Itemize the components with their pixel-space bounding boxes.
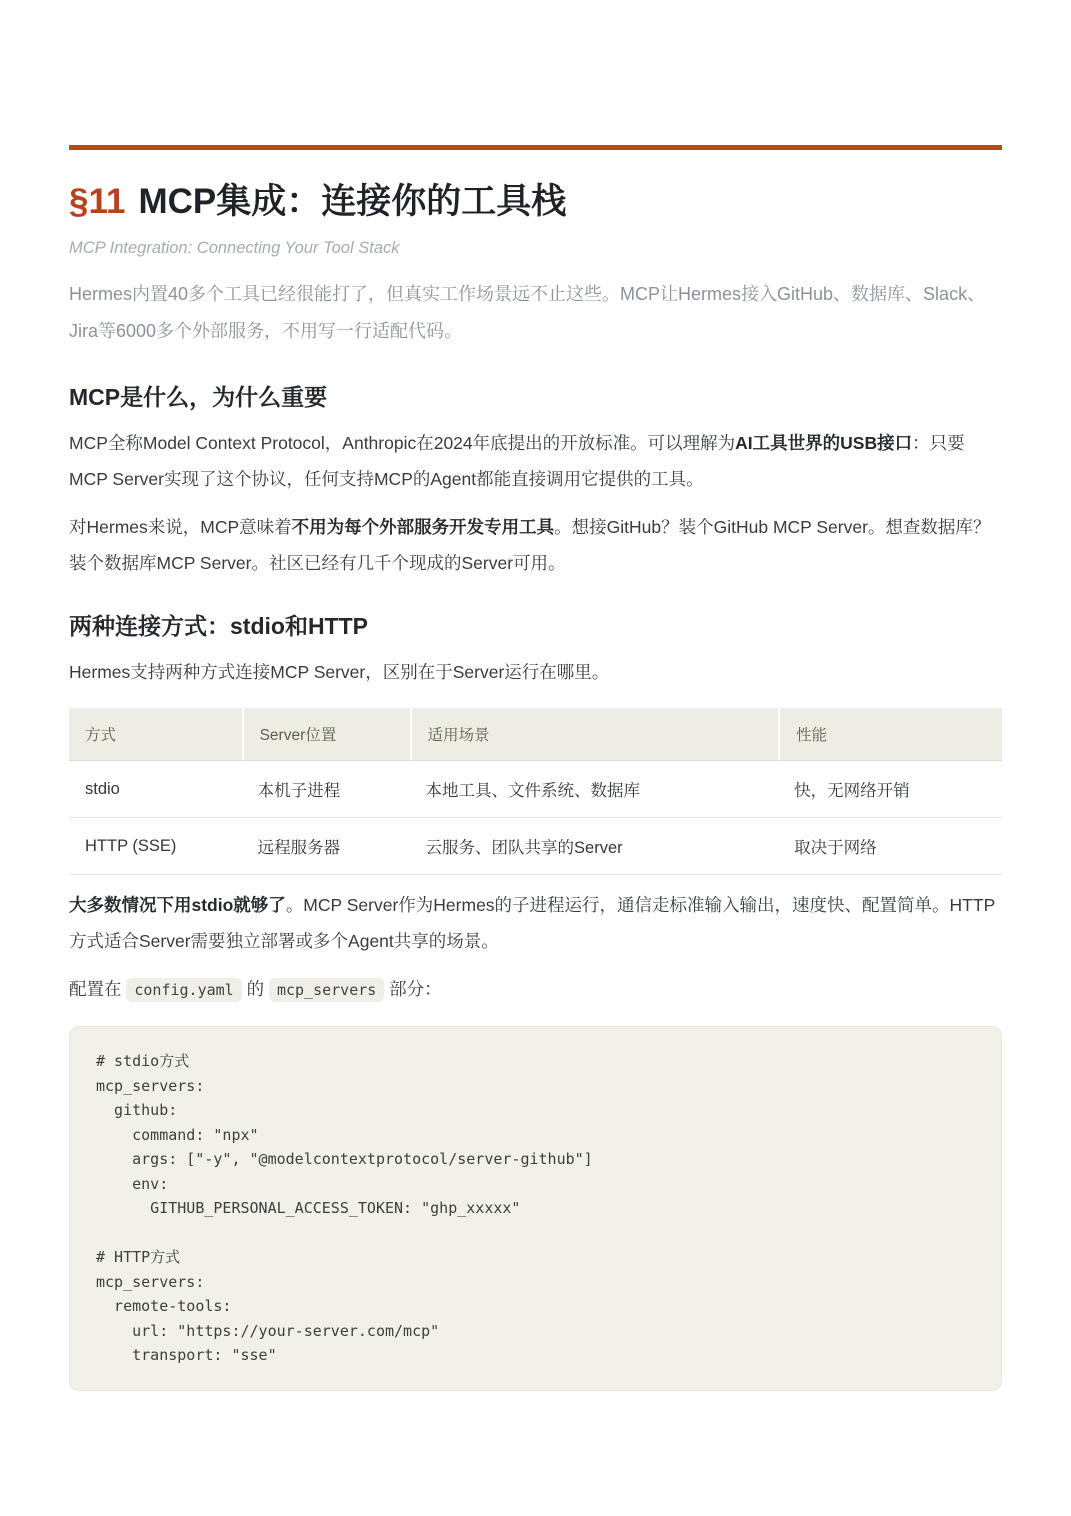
table-header-cell: 方式 bbox=[69, 708, 242, 761]
text-run: 部分： bbox=[384, 979, 441, 999]
table-cell: 远程服务器 bbox=[242, 818, 410, 875]
table-cell: stdio bbox=[69, 761, 242, 818]
table-cell: 云服务、团队共享的Server bbox=[410, 818, 779, 875]
paragraph-mcp-meaning: 对Hermes来说，MCP意味着不用为每个外部服务开发专用工具。想接GitHub… bbox=[69, 509, 1002, 581]
table-header-cell: Server位置 bbox=[242, 708, 410, 761]
yaml-code-block: # stdio方式 mcp_servers: github: command: … bbox=[69, 1026, 1002, 1391]
top-divider-rule bbox=[69, 145, 1002, 150]
table-cell: HTTP (SSE) bbox=[69, 818, 242, 875]
page-subtitle: MCP Integration: Connecting Your Tool St… bbox=[69, 236, 1002, 260]
table-cell: 本地工具、文件系统、数据库 bbox=[410, 761, 779, 818]
inline-code: mcp_servers bbox=[269, 978, 384, 1002]
table-row: HTTP (SSE)远程服务器云服务、团队共享的Server取决于网络 bbox=[69, 818, 1002, 875]
paragraph-stdio-recommendation: 大多数情况下用stdio就够了。MCP Server作为Hermes的子进程运行… bbox=[69, 887, 1002, 959]
intro-paragraph: Hermes内置40多个工具已经很能打了，但真实工作场景远不止这些。MCP让He… bbox=[69, 276, 1002, 350]
bold-text-run: AI工具世界的USB接口 bbox=[735, 433, 912, 453]
table-header-cell: 适用场景 bbox=[410, 708, 779, 761]
paragraph-connection-intro: Hermes支持两种方式连接MCP Server，区别在于Server运行在哪里… bbox=[69, 654, 1002, 690]
page-title: §11MCP集成：连接你的工具栈 bbox=[69, 180, 1002, 224]
comparison-table: 方式Server位置适用场景性能 stdio本机子进程本地工具、文件系统、数据库… bbox=[69, 708, 1002, 875]
table-cell: 快，无网络开销 bbox=[778, 761, 1002, 818]
inline-code: config.yaml bbox=[126, 978, 241, 1002]
section-number: §11 bbox=[69, 182, 125, 221]
text-run: 配置在 bbox=[69, 979, 126, 999]
table-cell: 本机子进程 bbox=[242, 761, 410, 818]
heading-connection-modes: 两种连接方式：stdio和HTTP bbox=[69, 611, 1002, 642]
text-run: 对Hermes来说，MCP意味着 bbox=[69, 517, 292, 537]
yaml-code-content: # stdio方式 mcp_servers: github: command: … bbox=[96, 1049, 975, 1368]
paragraph-config-location: 配置在 config.yaml 的 mcp_servers 部分： bbox=[69, 971, 1002, 1008]
table-row: stdio本机子进程本地工具、文件系统、数据库快，无网络开销 bbox=[69, 761, 1002, 818]
comparison-table-header: 方式Server位置适用场景性能 bbox=[69, 708, 1002, 761]
table-header-cell: 性能 bbox=[778, 708, 1002, 761]
text-run: 的 bbox=[242, 979, 269, 999]
document-page: §11MCP集成：连接你的工具栈 MCP Integration: Connec… bbox=[0, 145, 1071, 1391]
comparison-table-body: stdio本机子进程本地工具、文件系统、数据库快，无网络开销HTTP (SSE)… bbox=[69, 761, 1002, 875]
bold-text-run: 不用为每个外部服务开发专用工具 bbox=[292, 517, 555, 537]
table-cell: 取决于网络 bbox=[778, 818, 1002, 875]
paragraph-mcp-definition: MCP全称Model Context Protocol，Anthropic在20… bbox=[69, 425, 1002, 497]
text-run: MCP全称Model Context Protocol，Anthropic在20… bbox=[69, 433, 735, 453]
heading-what-is-mcp: MCP是什么，为什么重要 bbox=[69, 382, 1002, 413]
bold-text-run: 大多数情况下用stdio就够了 bbox=[69, 895, 286, 915]
page-title-text: MCP集成：连接你的工具栈 bbox=[138, 182, 566, 221]
